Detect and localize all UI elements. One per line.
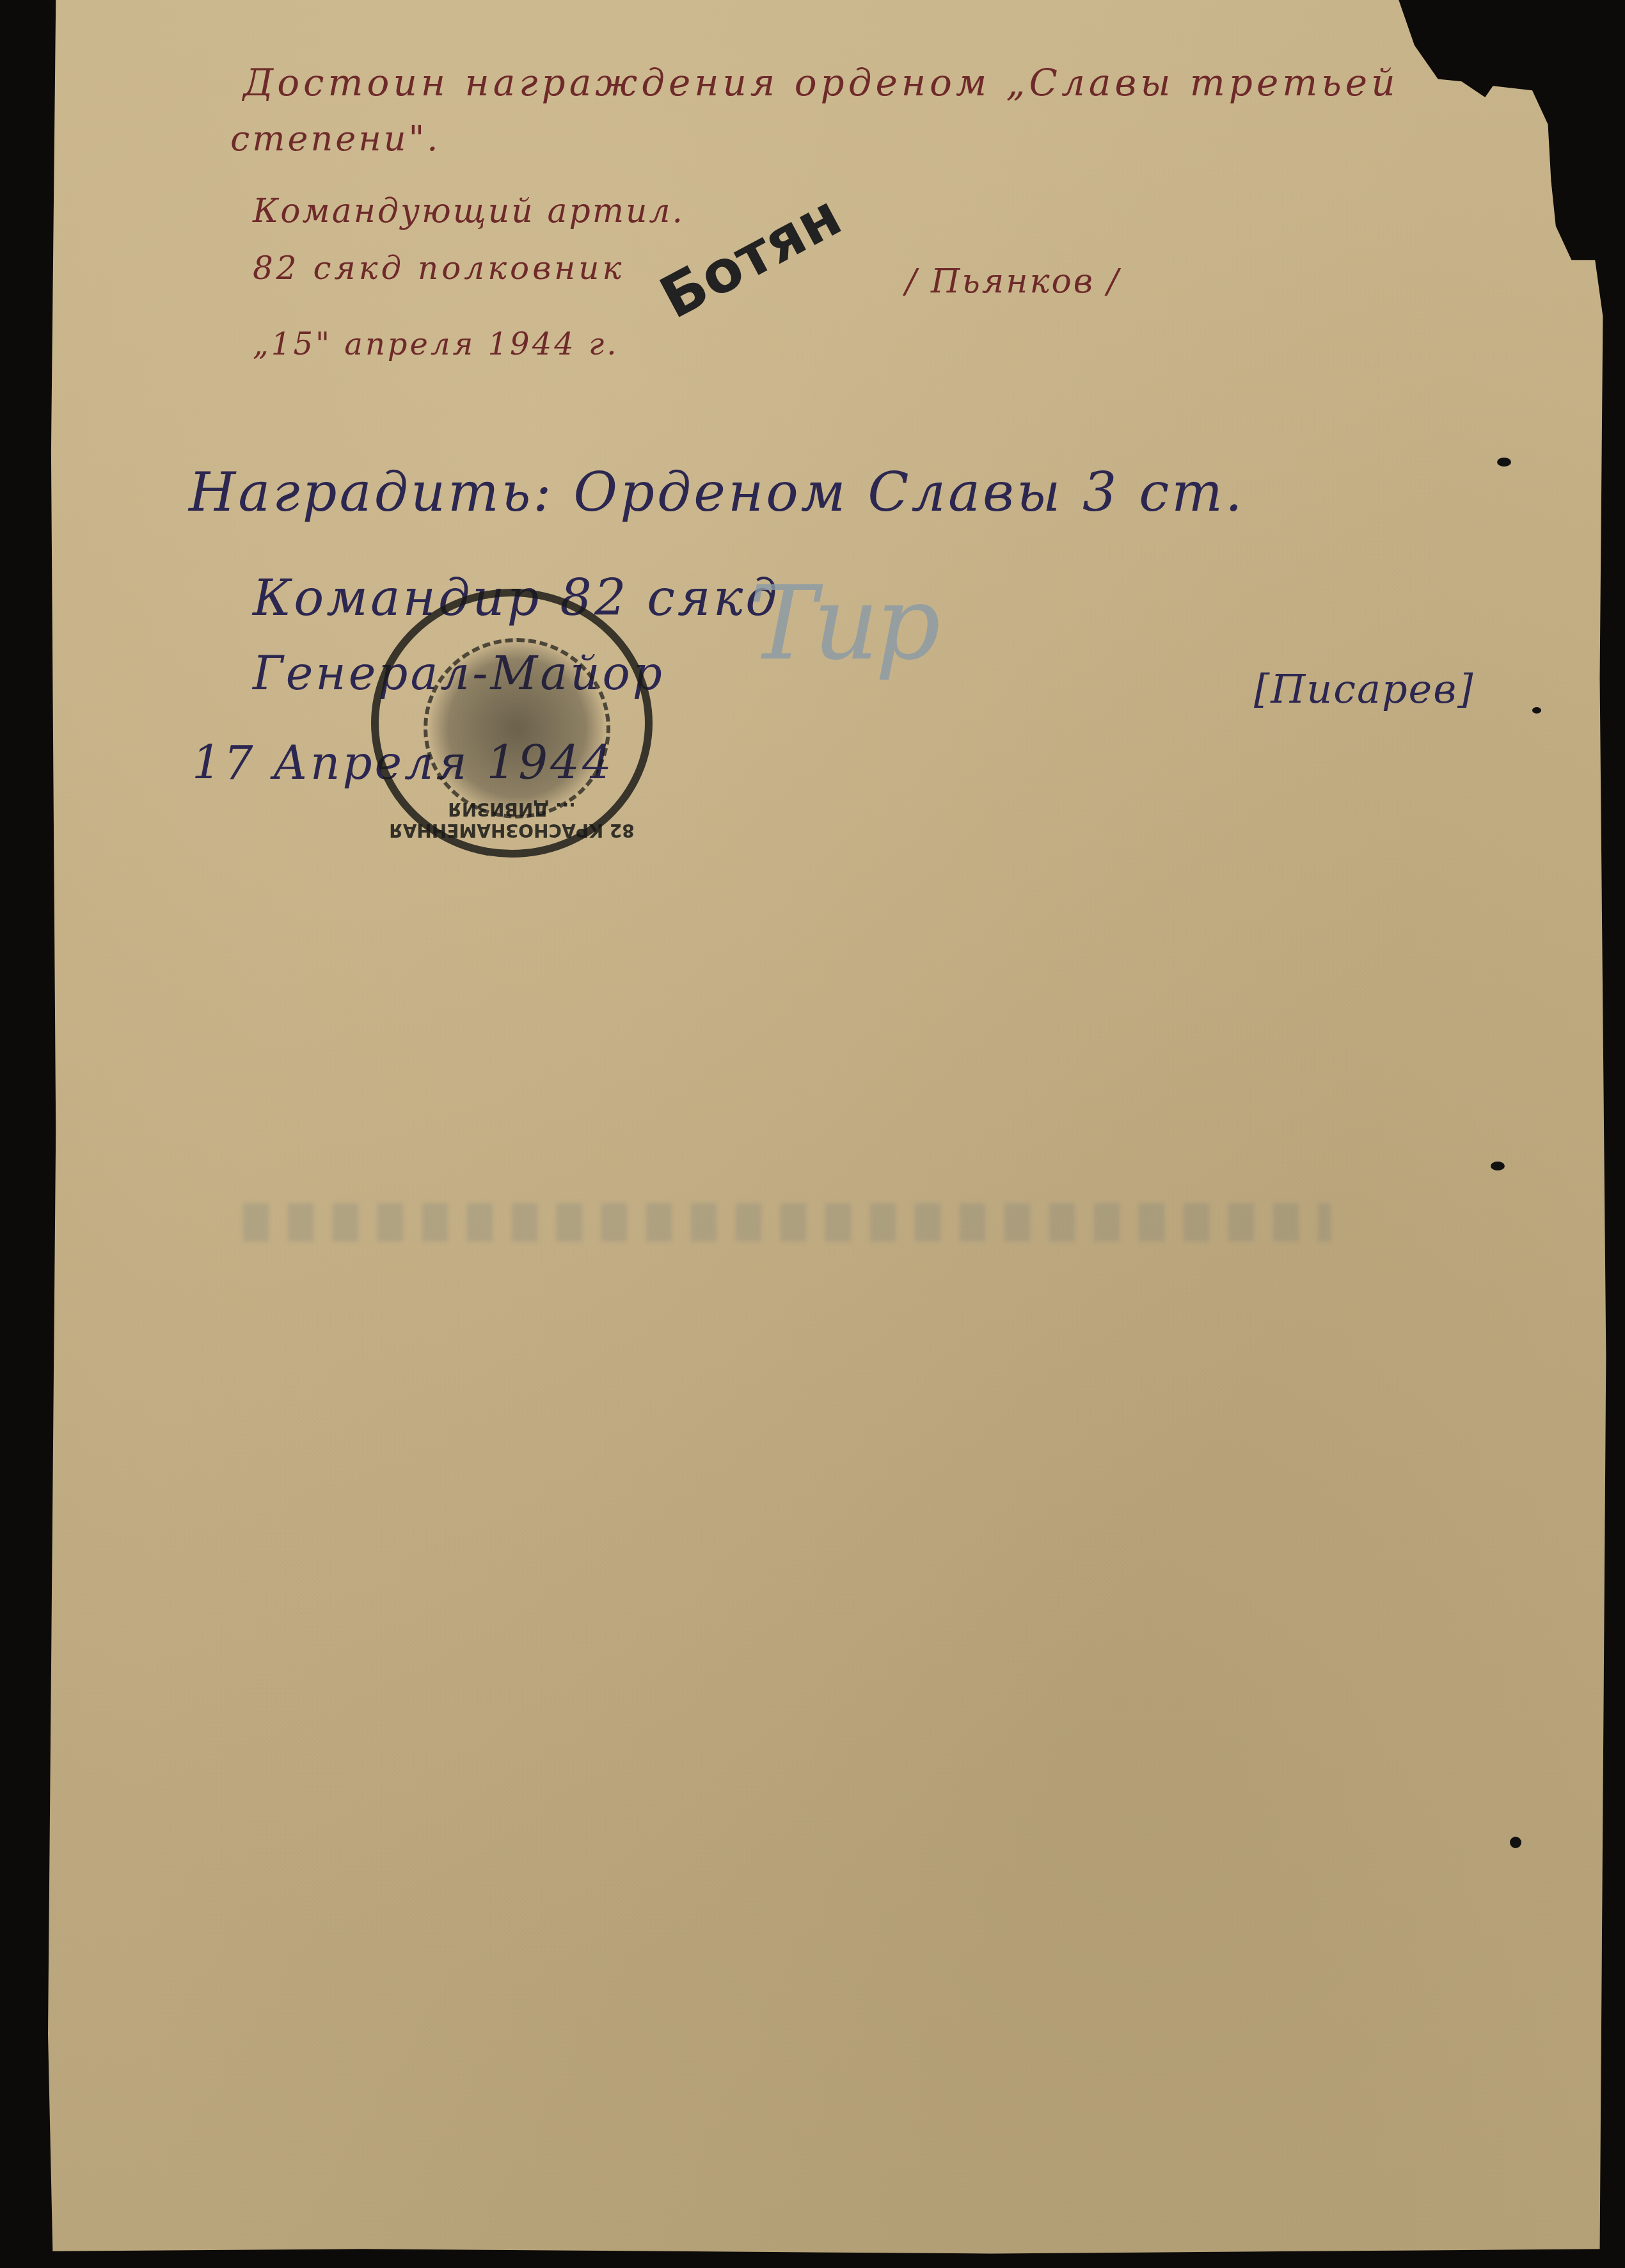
recommendation-signer-name: / Пьянков / (905, 262, 1120, 301)
paper-hole (1497, 458, 1511, 467)
resolution-order: Наградить: Орденом Славы 3 ст. (189, 461, 1245, 523)
resolution-signer-name: [Писарев] (1254, 666, 1475, 712)
recommendation-line-1: Достоин награждения орденом „Славы треть… (243, 61, 1399, 104)
bleed-through-text (243, 1203, 1331, 1242)
paper-hole (1491, 1162, 1505, 1170)
recommendation-signer-title-2: 82 сякд полковник (253, 250, 624, 287)
recommendation-signer-title-1: Командующий артил. (253, 192, 685, 230)
paper-hole (1510, 1837, 1521, 1848)
recommendation-date: „15" апреля 1944 г. (253, 326, 619, 362)
resolution-signature: Тир (749, 563, 937, 683)
official-stamp: 82 КРАСНОЗНАМЕННАЯ ... ДИВИЗИЯ (371, 589, 653, 858)
recommendation-line-2: степени". (230, 118, 441, 159)
paper-hole (1532, 707, 1541, 714)
stamp-emblem-icon (424, 638, 610, 819)
stamp-text: 82 КРАСНОЗНАМЕННАЯ ... ДИВИЗИЯ (379, 799, 645, 841)
